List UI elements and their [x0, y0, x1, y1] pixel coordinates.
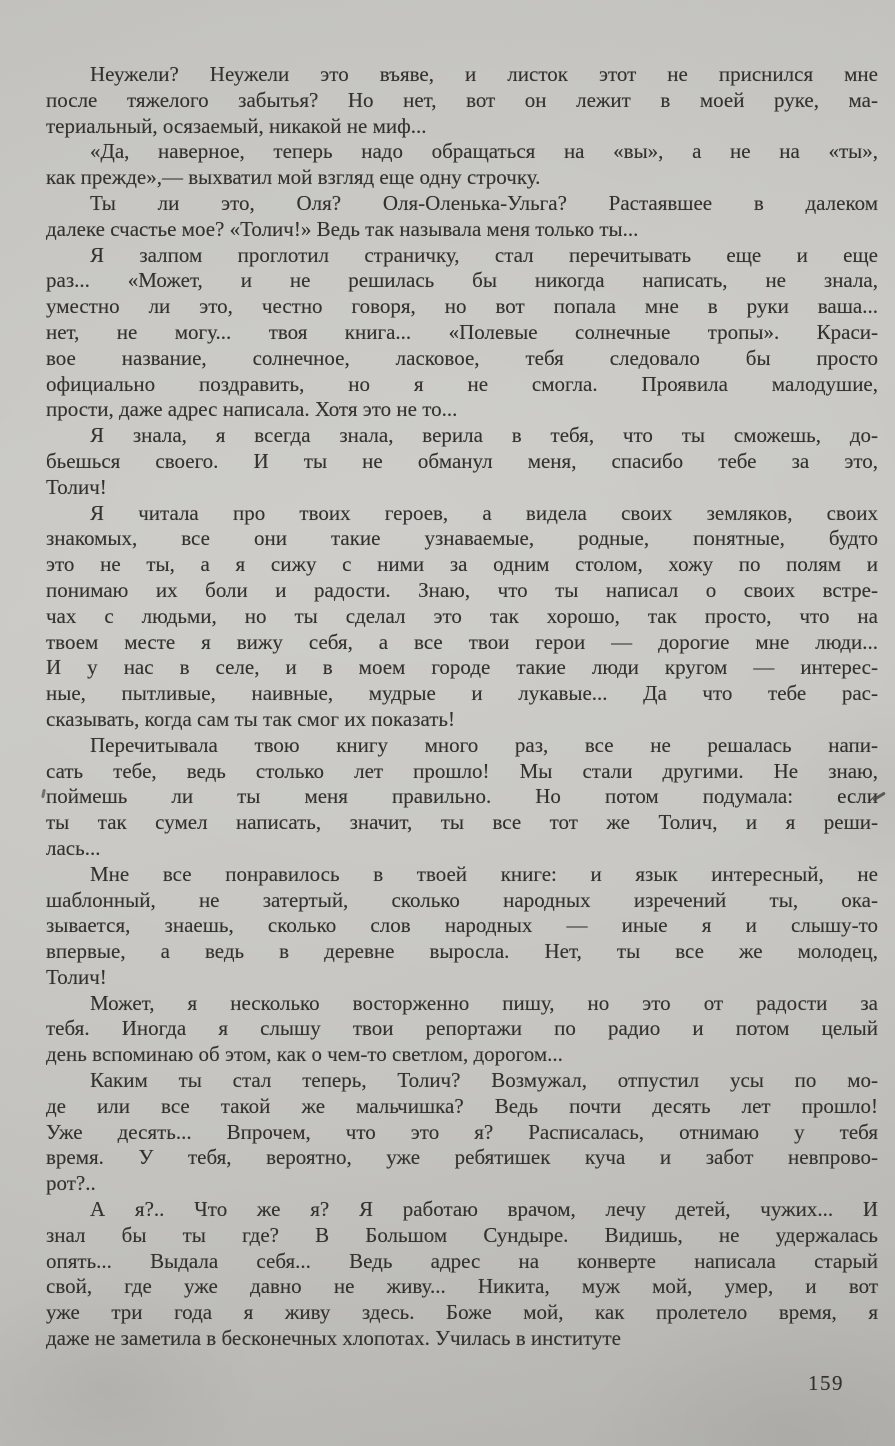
paragraph: Ты ли это, Оля? Оля-Оленька-Ульга? Раста…: [46, 191, 878, 243]
text-line: нет, не могу... твоя книга... «Полевые с…: [46, 320, 878, 346]
text-line: поймешь ли ты меня правильно. Но потом п…: [46, 784, 878, 810]
text-line: как прежде»,— выхватил мой взгляд еще од…: [46, 165, 878, 191]
paragraph: «Да, наверное, теперь надо обращаться на…: [46, 139, 878, 191]
text-line: сать тебе, ведь столько лет прошло! Мы с…: [46, 759, 878, 785]
text-line: далеке счастье мое? «Толич!» Ведь так на…: [46, 217, 878, 243]
text-line: Каким ты стал теперь, Толич? Возмужал, о…: [46, 1068, 878, 1094]
text-line: раз... «Может, и не решилась бы никогда …: [46, 268, 878, 294]
text-line: ты так сумел написать, значит, ты все то…: [46, 810, 878, 836]
text-line: свой, где уже давно не живу... Никита, м…: [46, 1274, 878, 1300]
text-line: день вспоминаю об этом, как о чем-то све…: [46, 1042, 878, 1068]
paragraph: Перечитывала твою книгу много раз, все н…: [46, 733, 878, 862]
text-line: знакомых, все они такие узнаваемые, родн…: [46, 526, 878, 552]
text-line: понимаю их боли и радости. Знаю, что ты …: [46, 578, 878, 604]
text-line: чах с людьми, но ты сделал это так хорош…: [46, 604, 878, 630]
text-line: Перечитывала твою книгу много раз, все н…: [46, 733, 878, 759]
text-line: официально поздравить, но я не смогла. П…: [46, 372, 878, 398]
text-line: Мне все понравилось в твоей книге: и язы…: [46, 862, 878, 888]
book-page: Неужели? Неужели это въяве, и листок это…: [0, 0, 895, 1446]
text-line: Толич!: [46, 475, 878, 501]
text-line: даже не заметила в бесконечных хлопотах.…: [46, 1326, 878, 1352]
paragraph: Может, я несколько восторженно пишу, но …: [46, 991, 878, 1068]
text-line: сказывать, когда сам ты так смог их пока…: [46, 707, 878, 733]
text-line: Я залпом проглотил страничку, стал переч…: [46, 243, 878, 269]
text-line: Ты ли это, Оля? Оля-Оленька-Ульга? Раста…: [46, 191, 878, 217]
text-line: после тяжелого забытья? Но нет, вот он л…: [46, 88, 878, 114]
text-line: прости, даже адрес написала. Хотя это не…: [46, 397, 878, 423]
paragraph: Я знала, я всегда знала, верила в тебя, …: [46, 423, 878, 500]
text-line: И у нас в селе, и в моем городе такие лю…: [46, 655, 878, 681]
page-text: Неужели? Неужели это въяве, и листок это…: [46, 62, 878, 1352]
text-line: зывается, знаешь, сколько слов народных …: [46, 913, 878, 939]
text-line: териальный, осязаемый, никакой не миф...: [46, 114, 878, 140]
text-line: бьешься своего. И ты не обманул меня, сп…: [46, 449, 878, 475]
paragraph: Я читала про твоих героев, а видела свои…: [46, 501, 878, 733]
text-line: Уже десять... Впрочем, что это я? Распис…: [46, 1120, 878, 1146]
text-line: твоем месте я вижу себя, а все твои геро…: [46, 630, 878, 656]
paragraph: Каким ты стал теперь, Толич? Возмужал, о…: [46, 1068, 878, 1197]
text-line: Может, я несколько восторженно пишу, но …: [46, 991, 878, 1017]
text-line: Неужели? Неужели это въяве, и листок это…: [46, 62, 878, 88]
text-line: «Да, наверное, теперь надо обращаться на…: [46, 139, 878, 165]
text-line: Толич!: [46, 965, 878, 991]
text-line: Я читала про твоих героев, а видела свои…: [46, 501, 878, 527]
paragraph: Мне все понравилось в твоей книге: и язы…: [46, 862, 878, 991]
text-line: ные, пытливые, наивные, мудрые и лукавые…: [46, 681, 878, 707]
text-line: впервые, а ведь в деревне выросла. Нет, …: [46, 939, 878, 965]
text-line: опять... Выдала себя... Ведь адрес на ко…: [46, 1249, 878, 1275]
paragraph: Я залпом проглотил страничку, стал переч…: [46, 243, 878, 424]
text-line: Я знала, я всегда знала, верила в тебя, …: [46, 423, 878, 449]
text-line: А я?.. Что же я? Я работаю врачом, лечу …: [46, 1197, 878, 1223]
text-line: лась...: [46, 836, 878, 862]
text-line: знал бы ты где? В Большом Сундыре. Видиш…: [46, 1223, 878, 1249]
text-line: это не ты, а я сижу с ними за одним стол…: [46, 552, 878, 578]
text-line: время. У тебя, вероятно, уже ребятишек к…: [46, 1145, 878, 1171]
paragraph: Неужели? Неужели это въяве, и листок это…: [46, 62, 878, 139]
text-line: тебя. Иногда я слышу твои репортажи по р…: [46, 1016, 878, 1042]
paragraph: А я?.. Что же я? Я работаю врачом, лечу …: [46, 1197, 878, 1352]
text-line: де или все такой же мальчишка? Ведь почт…: [46, 1094, 878, 1120]
text-line: рот?..: [46, 1171, 878, 1197]
page-number: 159: [808, 1371, 844, 1396]
text-line: уместно ли это, честно говоря, но вот по…: [46, 294, 878, 320]
text-line: уже три года я живу здесь. Боже мой, как…: [46, 1300, 878, 1326]
text-line: вое название, солнечное, ласковое, тебя …: [46, 346, 878, 372]
text-line: шаблонный, не затертый, сколько народных…: [46, 888, 878, 914]
